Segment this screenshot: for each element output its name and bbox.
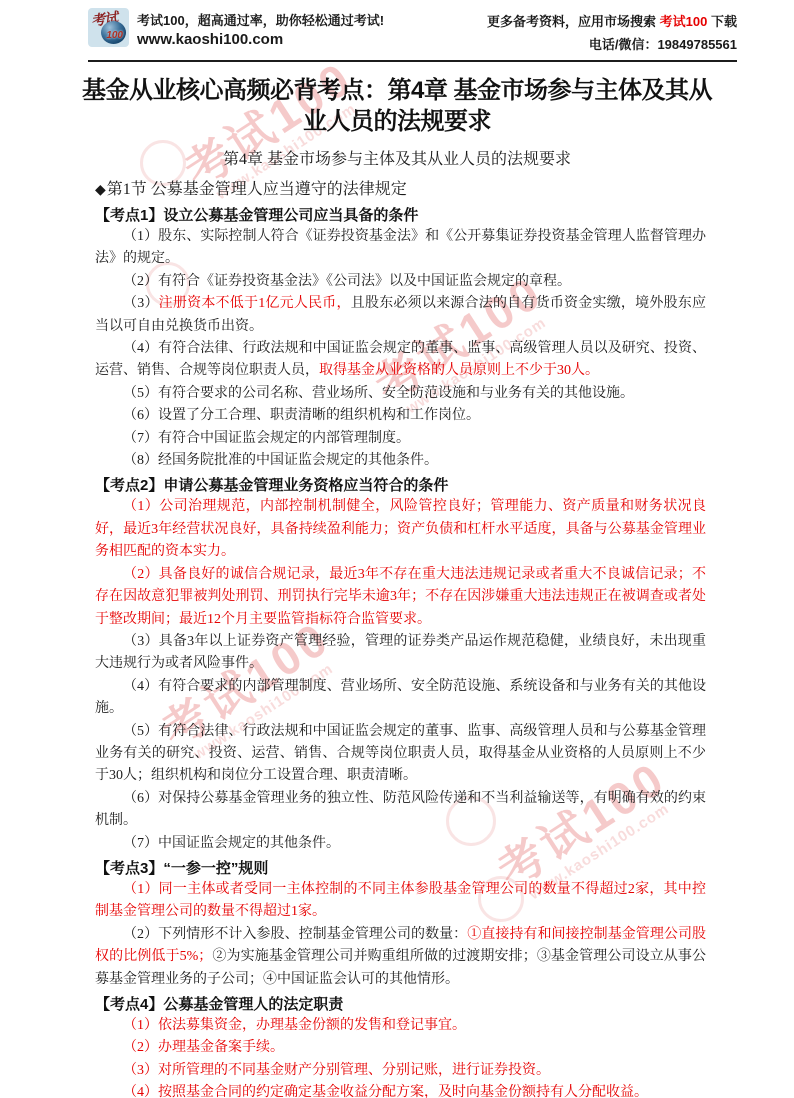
body-text: （4）有符合要求的内部管理制度、营业场所、安全防范设施、系统设备和与业务有关的其…	[95, 679, 706, 716]
body-text: （3）	[123, 296, 159, 311]
promo-suffix: 下载	[707, 14, 737, 29]
kaodian-item: （6）设置了分工合理、职责清晰的组织机构和工作岗位。	[95, 405, 706, 427]
header-contact: 电话/微信：19849785561	[487, 34, 737, 53]
body-text: （1）股东、实际控制人符合《证券投资基金法》和《公开募集证券投资基金管理人监督管…	[95, 229, 706, 266]
body-text: （5）有符合要求的公司名称、营业场所、安全防范设施和与业务有关的其他设施。	[123, 386, 634, 401]
header-right: 更多备考资料，应用市场搜索 考试100 下载 电话/微信：19849785561	[487, 8, 737, 53]
kaoshi100-logo: 考试 100	[88, 8, 129, 47]
highlighted-text: （3）对所管理的不同基金财产分别管理、分别记账，进行证券投资。	[123, 1063, 550, 1078]
kaodian-heading: 【考点1】设立公募基金管理公司应当具备的条件	[95, 204, 706, 225]
body-text: （6）对保持公募基金管理业务的独立性、防范风险传递和不当利益输送等，有明确有效的…	[95, 791, 706, 828]
highlighted-text: 取得基金从业资格的人员原则上不少于30人。	[319, 363, 599, 378]
kaodian-item: （1）同一主体或者受同一主体控制的不同主体参股基金管理公司的数量不得超过2家，其…	[95, 879, 706, 924]
body-text: （7）中国证监会规定的其他条件。	[123, 836, 340, 851]
kaodian-item: （5）有符合法律、行政法规和中国证监会规定的董事、监事、高级管理人员和与公募基金…	[95, 721, 706, 788]
promo-brand: 考试100	[660, 14, 708, 29]
kaodian-heading: 【考点2】申请公募基金管理业务资格应当符合的条件	[95, 474, 706, 495]
body-text: （8）经国务院批准的中国证监会规定的其他条件。	[123, 453, 438, 468]
kaodian-item: （4）有符合要求的内部管理制度、营业场所、安全防范设施、系统设备和与业务有关的其…	[95, 676, 706, 721]
section-heading: ◆第1节 公募基金管理人应当遵守的法律规定	[95, 176, 794, 199]
logo-number-text: 100	[106, 30, 123, 41]
highlighted-text: （1）同一主体或者受同一主体控制的不同主体参股基金管理公司的数量不得超过2家，其…	[95, 882, 706, 919]
kaodian-item: （3）对所管理的不同基金财产分别管理、分别记账，进行证券投资。	[95, 1060, 706, 1082]
header-divider	[88, 60, 737, 62]
highlighted-text: （1）依法募集资金，办理基金份额的发售和登记事宜。	[123, 1018, 466, 1033]
kaodian-item: （3）具备3年以上证券资产管理经验，管理的证券类产品运作规范稳健，业绩良好，未出…	[95, 631, 706, 676]
body-text: （5）有符合法律、行政法规和中国证监会规定的董事、监事、高级管理人员和与公募基金…	[95, 724, 706, 784]
body-text: （2）下列情形不计入参股、控制基金管理公司的数量：	[123, 927, 467, 942]
kaodian-heading: 【考点4】公募基金管理人的法定职责	[95, 993, 706, 1014]
kaodian-item: （2）有符合《证券投资基金法》《公司法》以及中国证监会规定的章程。	[95, 271, 706, 293]
kaodian-item: （7）有符合中国证监会规定的内部管理制度。	[95, 428, 706, 450]
kaodian-item: （1）股东、实际控制人符合《证券投资基金法》和《公开募集证券投资基金管理人监督管…	[95, 226, 706, 271]
body-text: （2）有符合《证券投资基金法》《公司法》以及中国证监会规定的章程。	[123, 274, 571, 289]
highlighted-text: （2）具备良好的诚信合规记录，最近3年不存在重大违法违规记录或者重大不良诚信记录…	[95, 567, 706, 627]
body-text: （7）有符合中国证监会规定的内部管理制度。	[123, 431, 410, 446]
kaodian-item: （2）办理基金备案手续。	[95, 1037, 706, 1059]
kaodian-item: （3）注册资本不低于1亿元人民币，且股东必须以来源合法的自有货币资金实缴，境外股…	[95, 293, 706, 338]
kaodian-block-2: 【考点2】申请公募基金管理业务资格应当符合的条件（1）公司治理规范，内部控制机制…	[95, 474, 706, 855]
kaodian-item: （4）按照基金合同的约定确定基金收益分配方案，及时向基金份额持有人分配收益。	[95, 1082, 706, 1098]
kaodian-block-1: 【考点1】设立公募基金管理公司应当具备的条件（1）股东、实际控制人符合《证券投资…	[95, 204, 706, 472]
document-body: 【考点1】设立公募基金管理公司应当具备的条件（1）股东、实际控制人符合《证券投资…	[95, 204, 706, 1098]
kaodian-item: （6）对保持公募基金管理业务的独立性、防范风险传递和不当利益输送等，有明确有效的…	[95, 788, 706, 833]
diamond-bullet-icon: ◆	[95, 183, 106, 198]
kaodian-item: （2）下列情形不计入参股、控制基金管理公司的数量：①直接持有和间接控制基金管理公…	[95, 924, 706, 991]
header-tagline-box: 考试100，超高通过率，助你轻松通过考试! www.kaoshi100.com	[137, 8, 384, 48]
page-title: 基金从业核心高频必背考点：第4章 基金市场参与主体及其从业人员的法规要求	[77, 75, 717, 137]
kaodian-block-4: 【考点4】公募基金管理人的法定职责（1）依法募集资金，办理基金份额的发售和登记事…	[95, 993, 706, 1098]
kaodian-block-3: 【考点3】“一参一控”规则（1）同一主体或者受同一主体控制的不同主体参股基金管理…	[95, 857, 706, 991]
highlighted-text: （2）办理基金备案手续。	[123, 1040, 284, 1055]
header-website: www.kaoshi100.com	[137, 31, 384, 48]
highlighted-text: （1）公司治理规范，内部控制机制健全，风险管控良好；管理能力、资产质量和财务状况…	[95, 499, 706, 559]
kaodian-item: （5）有符合要求的公司名称、营业场所、安全防范设施和与业务有关的其他设施。	[95, 383, 706, 405]
body-text: （3）具备3年以上证券资产管理经验，管理的证券类产品运作规范稳健，业绩良好，未出…	[95, 634, 706, 671]
header-tagline: 考试100，超高通过率，助你轻松通过考试!	[137, 10, 384, 29]
kaodian-heading: 【考点3】“一参一控”规则	[95, 857, 706, 878]
highlighted-text: 注册资本不低于1亿元人民币，	[159, 296, 351, 311]
kaodian-item: （1）依法募集资金，办理基金份额的发售和登记事宜。	[95, 1015, 706, 1037]
kaodian-item: （1）公司治理规范，内部控制机制健全，风险管控良好；管理能力、资产质量和财务状况…	[95, 496, 706, 563]
chapter-subtitle: 第4章 基金市场参与主体及其从业人员的法规要求	[0, 146, 794, 169]
document-page: 考试100www.kaoshi100.com考试100www.kaoshi100…	[0, 0, 794, 1098]
section-heading-text: 第1节 公募基金管理人应当遵守的法律规定	[107, 181, 407, 198]
promo-prefix: 更多备考资料，应用市场搜索	[487, 14, 660, 29]
header-promo: 更多备考资料，应用市场搜索 考试100 下载	[487, 11, 737, 30]
kaodian-item: （2）具备良好的诚信合规记录，最近3年不存在重大违法违规记录或者重大不良诚信记录…	[95, 564, 706, 631]
body-text: （6）设置了分工合理、职责清晰的组织机构和工作岗位。	[123, 408, 480, 423]
header-left: 考试 100 考试100，超高通过率，助你轻松通过考试! www.kaoshi1…	[88, 8, 384, 53]
kaodian-item: （8）经国务院批准的中国证监会规定的其他条件。	[95, 450, 706, 472]
highlighted-text: （4）按照基金合同的约定确定基金收益分配方案，及时向基金份额持有人分配收益。	[123, 1085, 648, 1098]
kaodian-item: （7）中国证监会规定的其他条件。	[95, 833, 706, 855]
kaodian-item: （4）有符合法律、行政法规和中国证监会规定的董事、监事、高级管理人员以及研究、投…	[95, 338, 706, 383]
page-header: 考试 100 考试100，超高通过率，助你轻松通过考试! www.kaoshi1…	[0, 0, 794, 53]
